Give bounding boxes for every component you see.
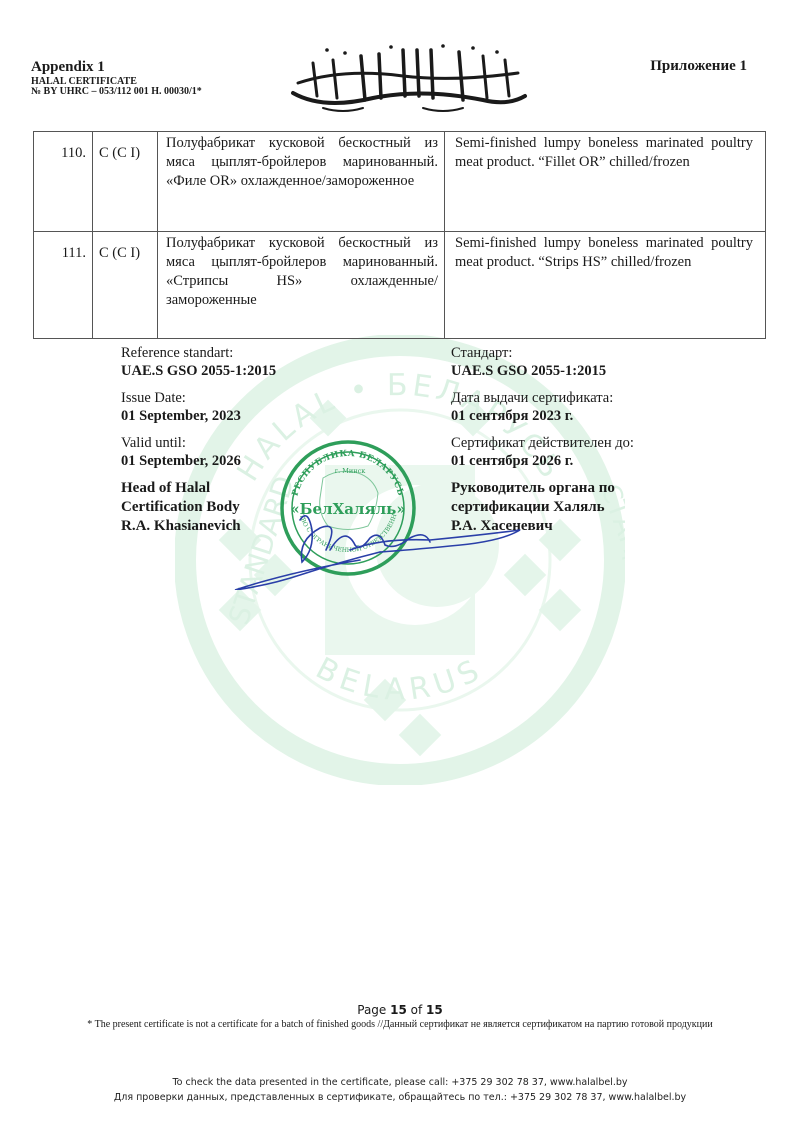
page-of: of — [407, 1003, 426, 1017]
valid-until-value: 01 сентября 2026 г. — [451, 452, 634, 470]
header-left: Appendix 1 HALAL CERTIFICATE № BY UHRC –… — [31, 60, 202, 98]
certificate-number: № BY UHRC – 053/112 001 H. 00030/1* — [31, 87, 202, 98]
product-description-en: Semi-finished lumpy boneless marinated p… — [445, 132, 766, 232]
valid-until-block: Сертификат действителен до: 01 сентября … — [451, 434, 634, 470]
standard-block: Стандарт: UAE.S GSO 2055-1:2015 — [451, 344, 634, 380]
issue-date-label: Issue Date: — [121, 389, 276, 407]
valid-until-block: Valid until: 01 September, 2026 — [121, 434, 276, 470]
page-indicator: Page 15 of 15 — [0, 1003, 800, 1017]
product-description-ru: Полуфабрикат кусковой бескостный из мяса… — [158, 132, 445, 232]
standard-value: UAE.S GSO 2055-1:2015 — [451, 362, 634, 380]
standard-value: UAE.S GSO 2055-1:2015 — [121, 362, 276, 380]
issue-date-value: 01 сентября 2023 г. — [451, 407, 634, 425]
issue-date-block: Дата выдачи сертификата: 01 сентября 202… — [451, 389, 634, 425]
product-number: 110. — [34, 132, 93, 232]
svg-text:г. Минск: г. Минск — [335, 467, 366, 475]
appendix-title: Appendix 1 — [31, 60, 202, 76]
standard-block: Reference standart: UAE.S GSO 2055-1:201… — [121, 344, 276, 380]
contact-info-en: To check the data presented in the certi… — [0, 1075, 800, 1090]
basmala-calligraphy-icon — [283, 38, 533, 116]
table-row: 110. C (C I) Полуфабрикат кусковой беско… — [34, 132, 766, 232]
page-prefix: Page — [357, 1003, 390, 1017]
table-row: 111. C (C I) Полуфабрикат кусковой беско… — [34, 232, 766, 339]
appendix-title-ru: Приложение 1 — [650, 58, 747, 75]
issue-date-value: 01 September, 2023 — [121, 407, 276, 425]
product-number: 111. — [34, 232, 93, 339]
certificate-disclaimer: * The present certificate is not a certi… — [0, 1019, 800, 1030]
svg-text:BELARUS: BELARUS — [310, 651, 490, 708]
issue-date-label: Дата выдачи сертификата: — [451, 389, 634, 407]
product-code: C (C I) — [93, 132, 158, 232]
products-table: 110. C (C I) Полуфабрикат кусковой беско… — [33, 131, 766, 339]
contact-info: To check the data presented in the certi… — [0, 1075, 800, 1105]
valid-until-label: Сертификат действителен до: — [451, 434, 634, 452]
valid-until-label: Valid until: — [121, 434, 276, 452]
product-description-ru: Полуфабрикат кусковой бескостный из мяса… — [158, 232, 445, 339]
product-code: C (C I) — [93, 232, 158, 339]
issue-date-block: Issue Date: 01 September, 2023 — [121, 389, 276, 425]
valid-until-value: 01 September, 2026 — [121, 452, 276, 470]
page-total: 15 — [426, 1003, 443, 1017]
contact-info-ru: Для проверки данных, представленных в се… — [0, 1090, 800, 1105]
product-description-en: Semi-finished lumpy boneless marinated p… — [445, 232, 766, 339]
standard-label: Reference standart: — [121, 344, 276, 362]
standard-label: Стандарт: — [451, 344, 634, 362]
handwritten-signature-icon — [230, 490, 530, 590]
page-current: 15 — [390, 1003, 407, 1017]
